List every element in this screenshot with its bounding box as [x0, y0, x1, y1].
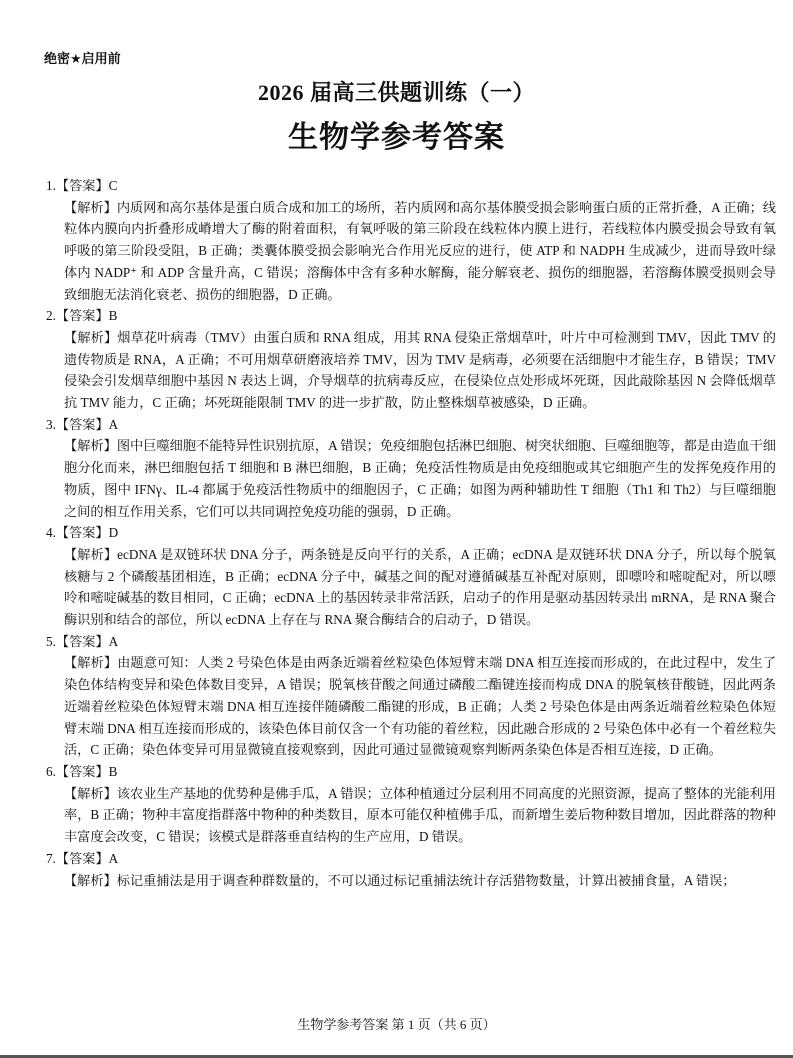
explanation: 【解析】该农业生产基地的优势种是佛手瓜，A 错误；立体种植通过分层利用不同高度的… [64, 783, 776, 848]
answer-line: 5.【答案】A [46, 631, 788, 653]
question-7: 7.【答案】A 【解析】标记重捕法是用于调查种群数量的，不可以通过标记重捕法统计… [46, 848, 788, 891]
exam-title: 2026 届高三供题训练（一） [0, 76, 793, 107]
page-footer: 生物学参考答案 第 1 页（共 6 页） [0, 1014, 793, 1033]
explanation: 【解析】图中巨噬细胞不能特异性识别抗原，A 错误；免疫细胞包括淋巴细胞、树突状细… [64, 435, 776, 522]
question-3: 3.【答案】A 【解析】图中巨噬细胞不能特异性识别抗原，A 错误；免疫细胞包括淋… [46, 414, 788, 523]
question-5: 5.【答案】A 【解析】由题意可知：人类 2 号染色体是由两条近端着丝粒染色体短… [46, 631, 788, 761]
answer-line: 4.【答案】D [46, 522, 788, 544]
document-title: 生物学参考答案 [0, 112, 793, 156]
answer-line: 6.【答案】B [46, 761, 788, 783]
answers-list: 1.【答案】C 【解析】内质网和高尔基体是蛋白质合成和加工的场所，若内质网和高尔… [46, 175, 788, 891]
question-6: 6.【答案】B 【解析】该农业生产基地的优势种是佛手瓜，A 错误；立体种植通过分… [46, 761, 788, 848]
explanation: 【解析】标记重捕法是用于调查种群数量的，不可以通过标记重捕法统计存活猎物数量，计… [64, 870, 776, 892]
explanation: 【解析】ecDNA 是双链环状 DNA 分子，两条链是反向平行的关系，A 正确；… [64, 544, 776, 631]
secret-label: 绝密★启用前 [44, 48, 121, 67]
explanation: 【解析】烟草花叶病毒（TMV）由蛋白质和 RNA 组成，用其 RNA 侵染正常烟… [64, 327, 776, 414]
answer-line: 7.【答案】A [46, 848, 788, 870]
question-2: 2.【答案】B 【解析】烟草花叶病毒（TMV）由蛋白质和 RNA 组成，用其 R… [46, 305, 788, 414]
question-1: 1.【答案】C 【解析】内质网和高尔基体是蛋白质合成和加工的场所，若内质网和高尔… [46, 175, 788, 305]
answer-line: 1.【答案】C [46, 175, 788, 197]
answer-line: 2.【答案】B [46, 305, 788, 327]
explanation: 【解析】由题意可知：人类 2 号染色体是由两条近端着丝粒染色体短臂末端 DNA … [64, 652, 776, 761]
answer-line: 3.【答案】A [46, 414, 788, 436]
question-4: 4.【答案】D 【解析】ecDNA 是双链环状 DNA 分子，两条链是反向平行的… [46, 522, 788, 631]
explanation: 【解析】内质网和高尔基体是蛋白质合成和加工的场所，若内质网和高尔基体膜受损会影响… [64, 197, 776, 306]
